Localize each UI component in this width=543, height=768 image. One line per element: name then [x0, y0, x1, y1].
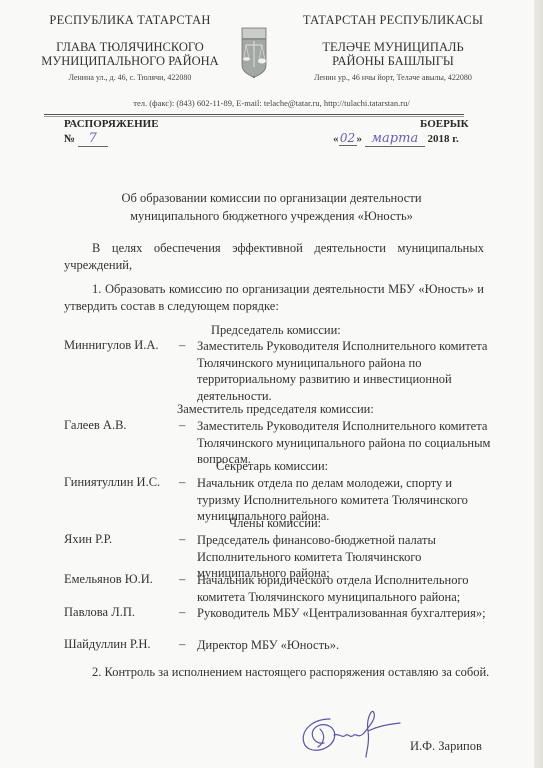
- member-name: Гиниятуллин И.С.: [64, 475, 160, 490]
- member-desc: Начальник юридического отдела Исполнител…: [197, 572, 507, 605]
- header-divider: [44, 114, 464, 115]
- member-name: Миннигулов И.А.: [64, 338, 159, 353]
- header-left-title-2: МУНИЦИПАЛЬНОГО РАЙОНА: [20, 54, 240, 69]
- order-number: 7: [78, 131, 108, 147]
- order-number-line: № 7: [64, 131, 108, 147]
- title-line-2: муниципального бюджетного учреждения «Юн…: [0, 207, 543, 225]
- role-deputy: Заместитель председателя комиссии:: [177, 402, 374, 417]
- role-chairman: Председатель комиссии:: [211, 323, 341, 338]
- document-title: Об образовании комиссии по организации д…: [0, 189, 543, 225]
- header-left-address: Ленина ул., д. 46, с. Тюлячи, 422080: [20, 73, 240, 82]
- document-page: РЕСПУБЛИКА ТАТАРСТАН ГЛАВА ТЮЛЯЧИНСКОГО …: [0, 0, 543, 768]
- preamble: В целях обеспечения эффективной деятельн…: [64, 240, 484, 274]
- header-contacts: тел. (факс): (843) 602-11-89, E-mail: te…: [0, 98, 543, 108]
- date-day: 02: [339, 131, 357, 146]
- member-desc: Директор МБУ «Юность».: [197, 637, 497, 654]
- member-desc: Заместитель Руководителя Исполнительного…: [197, 338, 497, 404]
- member-name: Галеев А.В.: [64, 418, 127, 433]
- dash: –: [179, 637, 185, 652]
- order-label-ru: РАСПОРЯЖЕНИЕ: [64, 118, 159, 130]
- header-right-title-2: РАЙОНЫ БАШЛЫГЫ: [288, 54, 498, 69]
- dash: –: [179, 475, 185, 490]
- order-date: «02» марта 2018 г.: [333, 131, 459, 147]
- member-name: Павлова Л.П.: [64, 605, 135, 620]
- date-quote-close: »: [357, 133, 363, 145]
- header-right-republic: ТАТАРСТАН РЕСПУБЛИКАСЫ: [288, 13, 498, 28]
- member-name: Емельянов Ю.И.: [64, 572, 153, 587]
- dash: –: [179, 532, 185, 547]
- date-year: 2018 г.: [428, 133, 459, 145]
- signature-scribble-icon: [290, 705, 410, 760]
- member-name: Шайдуллин Р.Н.: [64, 637, 151, 652]
- dash: –: [179, 605, 185, 620]
- scan-edge: [534, 0, 543, 768]
- coat-of-arms-icon: [241, 27, 267, 79]
- dash: –: [179, 338, 185, 353]
- item-1: 1. Образовать комиссию по организации де…: [64, 281, 484, 315]
- role-members: Члены комиссии:: [229, 516, 321, 531]
- member-name: Яхин Р.Р.: [64, 532, 112, 547]
- header-right-title-1: ТЕЛӘЧЕ МУНИЦИПАЛЬ: [288, 40, 498, 55]
- role-secretary: Секретарь комиссии:: [216, 459, 328, 474]
- header-divider-thin: [44, 116, 464, 117]
- item-2: 2. Контроль за исполнением настоящего ра…: [64, 664, 490, 681]
- header-left-republic: РЕСПУБЛИКА ТАТАРСТАН: [20, 13, 240, 28]
- date-month: марта: [365, 131, 425, 147]
- dash: –: [179, 572, 185, 587]
- title-line-1: Об образовании комиссии по организации д…: [0, 189, 543, 207]
- member-desc: Руководитель МБУ «Централизованная бухга…: [197, 605, 497, 622]
- order-label-tt: БОЕРЫК: [420, 118, 469, 130]
- signatory-name: И.Ф. Зарипов: [410, 739, 482, 754]
- order-number-prefix: №: [64, 133, 75, 145]
- dash: –: [179, 418, 185, 433]
- header-left-title-1: ГЛАВА ТЮЛЯЧИНСКОГО: [20, 40, 240, 55]
- header-right-address: Ленин ур., 46 нчы йорт, Теләче авылы, 42…: [288, 73, 498, 82]
